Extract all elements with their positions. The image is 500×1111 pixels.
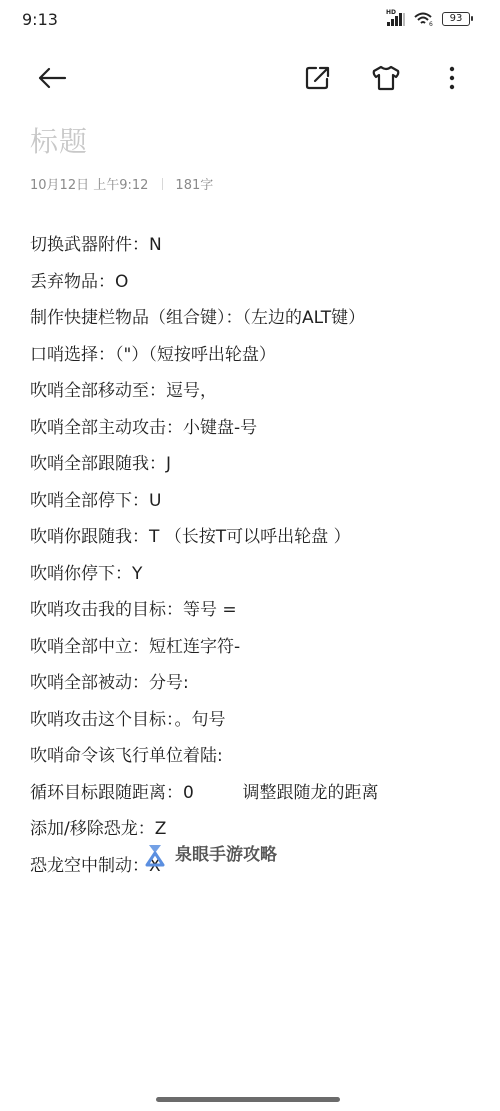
toolbar (0, 52, 500, 108)
note-line: 口哨选择：（"）（短按呼出轮盘） (30, 341, 480, 378)
tshirt-icon (372, 65, 400, 91)
note-line: 制作快捷栏物品（组合键）：（左边的ALT键） (30, 304, 480, 341)
note-line: 切换武器附件：N (30, 231, 480, 268)
note-line: 吹哨你停下：Y (30, 560, 480, 597)
note-body[interactable]: 切换武器附件：N 丢弃物品：O 制作快捷栏物品（组合键）：（左边的ALT键） 口… (30, 231, 480, 888)
theme-button[interactable] (366, 58, 406, 98)
note-line: 循环目标跟随距离：0 调整跟随龙的距离 (30, 779, 480, 816)
arrow-left-icon (37, 67, 67, 89)
hd-label: HD (386, 9, 396, 16)
cellular-signal-icon: HD (386, 12, 406, 26)
back-button[interactable] (32, 58, 72, 98)
note-line: 吹哨全部停下：U (30, 487, 480, 524)
note-line: 吹哨全部中立：短杠连字符- (30, 633, 480, 670)
note-line: 吹哨全部移动至：逗号， (30, 377, 480, 414)
note-line: 吹哨全部被动：分号: (30, 669, 480, 706)
word-count: 181字 (175, 174, 213, 193)
more-vertical-icon (449, 66, 455, 90)
svg-text:6: 6 (429, 21, 433, 26)
status-bar: 9:13 HD 6 93 (0, 0, 500, 40)
watermark: 泉眼手游攻略 (145, 843, 277, 867)
home-indicator[interactable] (156, 1097, 340, 1102)
meta-divider (162, 178, 163, 190)
watermark-logo-icon (145, 843, 177, 867)
status-icons: HD 6 93 (386, 12, 470, 26)
note-line: 吹哨攻击我的目标：等号 = (30, 596, 480, 633)
watermark-text: 泉眼手游攻略 (175, 840, 277, 865)
battery-icon: 93 (442, 12, 470, 26)
note-title-input[interactable]: 标题 (30, 120, 88, 160)
note-line: 吹哨你跟随我：T （长按T可以呼出轮盘 ） (30, 523, 480, 560)
battery-level: 93 (450, 13, 463, 24)
note-line: 吹哨全部跟随我：J (30, 450, 480, 487)
share-external-icon (305, 65, 331, 91)
note-line: 吹哨命令该飞行单位着陆: (30, 742, 480, 779)
note-line: 丢弃物品：O (30, 268, 480, 305)
note-line: 吹哨攻击这个目标：。句号 (30, 706, 480, 743)
note-line: 吹哨全部主动攻击：小键盘-号 (30, 414, 480, 451)
share-button[interactable] (298, 58, 338, 98)
wifi-icon: 6 (414, 12, 434, 26)
more-button[interactable] (432, 58, 472, 98)
status-time: 9:13 (22, 10, 58, 29)
note-meta: 10月12日 上午9:12 181字 (30, 174, 213, 193)
note-date: 10月12日 上午9:12 (30, 174, 148, 193)
